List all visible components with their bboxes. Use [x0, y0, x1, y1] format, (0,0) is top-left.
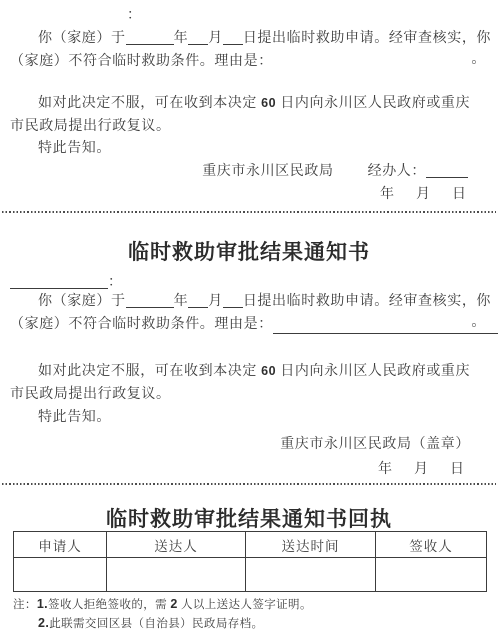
table-cell-deliverer-empty [107, 558, 246, 592]
notice-document-page: ： 你（家庭）于年月日提出临时救助申请。经审查核实，你 （家庭）不符合临时救助条… [0, 0, 498, 637]
note1-number: 1. [37, 597, 48, 611]
blank-month-field [188, 291, 208, 308]
appeal-text-b: 日内向永川区人民政府或重庆 [276, 364, 470, 379]
table-header-signee: 签收人 [376, 532, 487, 558]
note2-text: 此联需交回区县（自治县）民政局存档。 [49, 618, 263, 630]
dotted-separator-2 [2, 483, 496, 485]
appeal-text-line2: 市民政局提出行政复议。 [10, 119, 171, 134]
apply-paragraph-line-1: 你（家庭）于年月日提出临时救助申请。经审查核实，你 [0, 290, 498, 313]
reason-blank-underline: 。 [273, 313, 498, 334]
month-label: 月 [208, 31, 223, 46]
appeal-text-a: 如对此决定不服，可在收到本决定 [38, 96, 261, 111]
table-header-applicant: 申请人 [14, 532, 107, 558]
notice-closing-line: 特此告知。 [0, 137, 498, 160]
apply-paragraph-line-2: （家庭）不符合临时救助条件。理由是： 。 [0, 50, 498, 73]
apply-text-before-year: 你（家庭）于 [38, 294, 126, 309]
blank-day-field [223, 291, 243, 308]
blank-month-field [188, 28, 208, 45]
signature-line: 重庆市永川区民政局经办人： [0, 160, 498, 183]
salutation-colon: ： [108, 275, 123, 290]
blank-year-field [126, 28, 174, 45]
table-header-delivery-time: 送达时间 [246, 532, 376, 558]
notice-closing-text: 特此告知。 [38, 141, 111, 156]
blank-day-field [223, 28, 243, 45]
notes-label: 注： [13, 599, 37, 611]
signature-line: 重庆市永川区民政局（盖章） [0, 433, 498, 456]
receipt-title: 临时救助审批结果通知书回执 [0, 503, 498, 533]
salutation-colon: ： [127, 8, 142, 23]
apply-text-after-day: 日提出临时救助申请。经审查核实，你 [243, 294, 491, 309]
note2-number: 2. [38, 616, 49, 630]
date-line: 年 月 日 [0, 458, 498, 481]
receipt-table: 申请人 送达人 送达时间 签收人 [13, 531, 487, 592]
appeal-days-number: 60 [261, 364, 276, 378]
date-placeholder-text: 年 月 日 [378, 462, 468, 477]
blank-addressee-field [10, 272, 108, 289]
note1-text-a: 签收人拒绝签收的，需 [48, 599, 170, 611]
date-line: 年 月 日 [0, 183, 498, 206]
appeal-text-line2: 市民政局提出行政复议。 [10, 387, 171, 402]
appeal-paragraph-line-2: 市民政局提出行政复议。 [0, 115, 498, 138]
note1-text-b: 人以上送达人签字证明。 [178, 599, 312, 611]
note-line-2: 2.此联需交回区县（自治县）民政局存档。 [38, 615, 263, 632]
note1-inline-number: 2 [170, 597, 177, 611]
table-row [14, 558, 487, 592]
table-cell-applicant-empty [14, 558, 107, 592]
table-cell-delivery-time-empty [246, 558, 376, 592]
table-cell-signee-empty [376, 558, 487, 592]
salutation-line: ： [0, 4, 498, 27]
reason-blank-area: 。 [273, 50, 498, 70]
blank-operator-field [426, 161, 468, 178]
note-line-1: 注：1.签收人拒绝签收的，需 2 人以上送达人签字证明。 [13, 596, 312, 613]
appeal-paragraph-line-2: 市民政局提出行政复议。 [0, 383, 498, 406]
blank-year-field [126, 291, 174, 308]
month-label: 月 [208, 294, 223, 309]
notice-closing-line: 特此告知。 [0, 406, 498, 429]
reason-label-text: （家庭）不符合临时救助条件。理由是： [10, 313, 273, 336]
table-header-deliverer: 送达人 [107, 532, 246, 558]
appeal-text-a: 如对此决定不服，可在收到本决定 [38, 364, 261, 379]
signing-org-seal-name: 重庆市永川区民政局（盖章） [280, 437, 470, 452]
reason-label-text: （家庭）不符合临时救助条件。理由是： [10, 50, 273, 73]
appeal-paragraph-line-1: 如对此决定不服，可在收到本决定 60 日内向永川区人民政府或重庆 [0, 360, 498, 383]
dotted-separator-1 [2, 211, 496, 213]
appeal-paragraph-line-1: 如对此决定不服，可在收到本决定 60 日内向永川区人民政府或重庆 [0, 92, 498, 115]
appeal-text-b: 日内向永川区人民政府或重庆 [276, 96, 470, 111]
apply-text-before-year: 你（家庭）于 [38, 31, 126, 46]
table-header-row: 申请人 送达人 送达时间 签收人 [14, 532, 487, 558]
notice-title: 临时救助审批结果通知书 [0, 236, 498, 266]
apply-text-after-day: 日提出临时救助申请。经审查核实，你 [243, 31, 491, 46]
operator-label: 经办人： [368, 164, 426, 179]
year-label: 年 [174, 294, 189, 309]
year-label: 年 [174, 31, 189, 46]
date-placeholder-text: 年 月 日 [380, 187, 470, 202]
apply-paragraph-line-1: 你（家庭）于年月日提出临时救助申请。经审查核实，你 [0, 27, 498, 50]
apply-paragraph-line-2: （家庭）不符合临时救助条件。理由是： 。 [0, 313, 498, 336]
notice-closing-text: 特此告知。 [38, 410, 111, 425]
appeal-days-number: 60 [261, 96, 276, 110]
signing-org-name: 重庆市永川区民政局 [202, 164, 333, 179]
